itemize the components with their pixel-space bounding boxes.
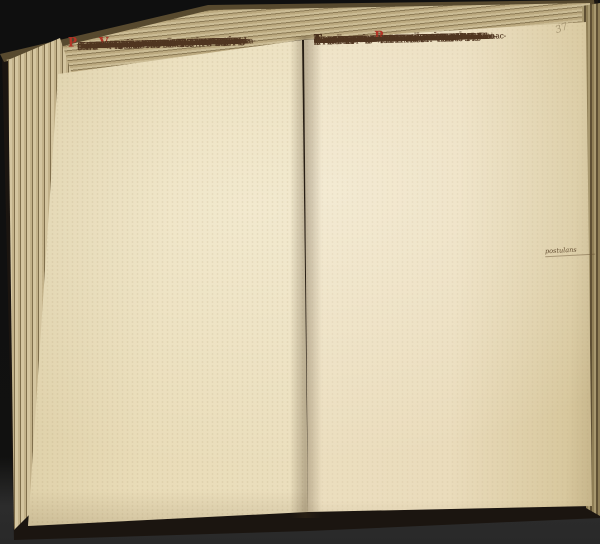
manuscript-photo: remissionē accepit· sed martyrii coronā … <box>0 0 600 544</box>
illuminated-initial: P <box>68 39 77 47</box>
right-page-text: et mortuos· et reddē unicuiqʒ ſec̄dm opa… <box>314 29 555 474</box>
left-page-text: remissionē accepit· sed martyrii coronā … <box>77 34 305 496</box>
